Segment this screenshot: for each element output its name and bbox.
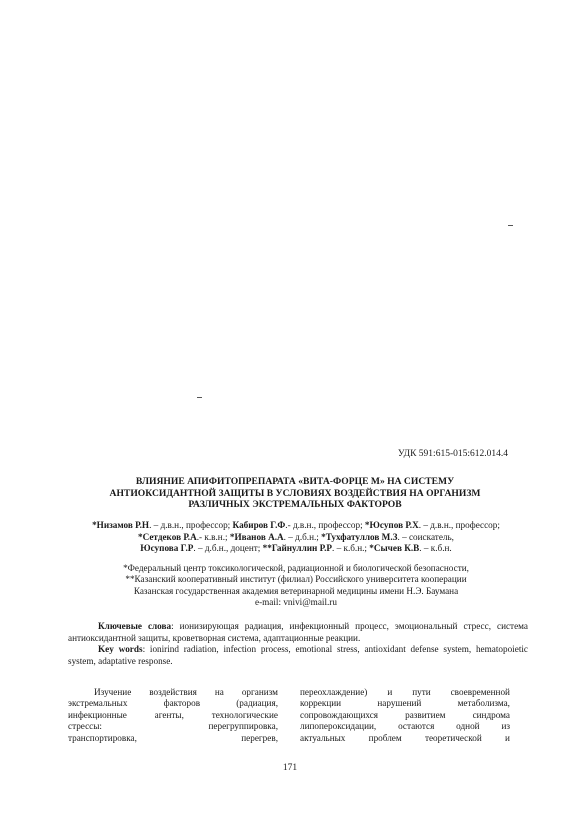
author: *Сычев К.В. – к.б.н. [369,543,451,553]
body-line: экстремальныхфакторов(радиация, [68,698,278,709]
body-line: сопровождающихсяразвитиемсиндрома [300,710,510,721]
stray-mark [508,225,513,226]
affiliations: *Федеральный центр токсикологической, ра… [62,563,530,608]
author: *Сетдеков Р.А.- к.в.н.; [138,532,228,542]
author: *Юсупов Р.Х. – д.в.н., профессор; [365,520,500,530]
author-line: Юсупова Г.Р. – д.б.н., доцент; **Гайнулл… [62,543,530,555]
keywords-en: Key words: ionirind radiation, infection… [68,644,528,667]
contact-email: e-mail: vnivi@mail.ru [62,597,530,608]
page-number: 171 [0,763,580,773]
body-line: липопероксидации,остаютсяоднойиз [300,721,510,732]
author-line: *Низамов Р.Н. – д.в.н., профессор; Кабир… [62,520,530,532]
body-line: транспортировка,перегрев, [68,733,278,744]
title-line: РАЗЛИЧНЫХ ЭКСТРЕМАЛЬНЫХ ФАКТОРОВ [60,499,530,511]
author-list: *Низамов Р.Н. – д.в.н., профессор; Кабир… [62,520,530,555]
author: **Гайнуллин Р.Р. – к.б.н.; [263,543,367,553]
body-line: Изучениевоздействиянаорганизм [68,687,278,698]
body-line: инфекционныеагенты,технологические [68,710,278,721]
body-line: переохлаждение)ипутисвоевременной [300,687,510,698]
author: Кабиров Г.Ф.- д.в.н., профессор; [233,520,363,530]
author: Юсупова Г.Р. – д.б.н., доцент; [140,543,260,553]
body-line: стрессы:перегруппировка, [68,721,278,732]
body-column-right: переохлаждение)ипутисвоевременной коррек… [300,687,510,744]
body-line: коррекциинарушенийметаболизма, [300,698,510,709]
affiliation: *Федеральный центр токсикологической, ра… [62,563,530,574]
author: *Иванов А.А. – д.б.н.; [230,532,319,542]
title-line: ВЛИЯНИЕ АПИФИТОПРЕПАРАТА «ВИТА-ФОРЦЕ М» … [60,476,530,488]
paper-title: ВЛИЯНИЕ АПИФИТОПРЕПАРАТА «ВИТА-ФОРЦЕ М» … [60,476,530,511]
keywords-ru-label: Ключевые слова [98,621,171,631]
keywords-en-label: Key words [98,644,143,654]
affiliation: Казанская государственная академия ветер… [62,586,530,597]
affiliation: **Казанский кооперативный институт (фили… [62,574,530,585]
author: *Тухфатуллов М.З. – соискатель, [321,532,454,542]
body-line: актуальныхпроблемтеоретическойи [300,733,510,744]
author: *Низамов Р.Н. – д.в.н., профессор; [92,520,230,530]
keywords-ru: Ключевые слова: ионизирующая радиация, и… [68,621,528,644]
keywords-block: Ключевые слова: ионизирующая радиация, и… [68,621,528,667]
body-column-left: Изучениевоздействиянаорганизм экстремаль… [68,687,278,744]
udk-code: УДК 591:615-015:612.014.4 [0,449,508,459]
title-line: АНТИОКСИДАНТНОЙ ЗАЩИТЫ В УСЛОВИЯХ ВОЗДЕЙ… [60,488,530,500]
author-line: *Сетдеков Р.А.- к.в.н.; *Иванов А.А. – д… [62,532,530,544]
stray-mark [197,397,202,398]
